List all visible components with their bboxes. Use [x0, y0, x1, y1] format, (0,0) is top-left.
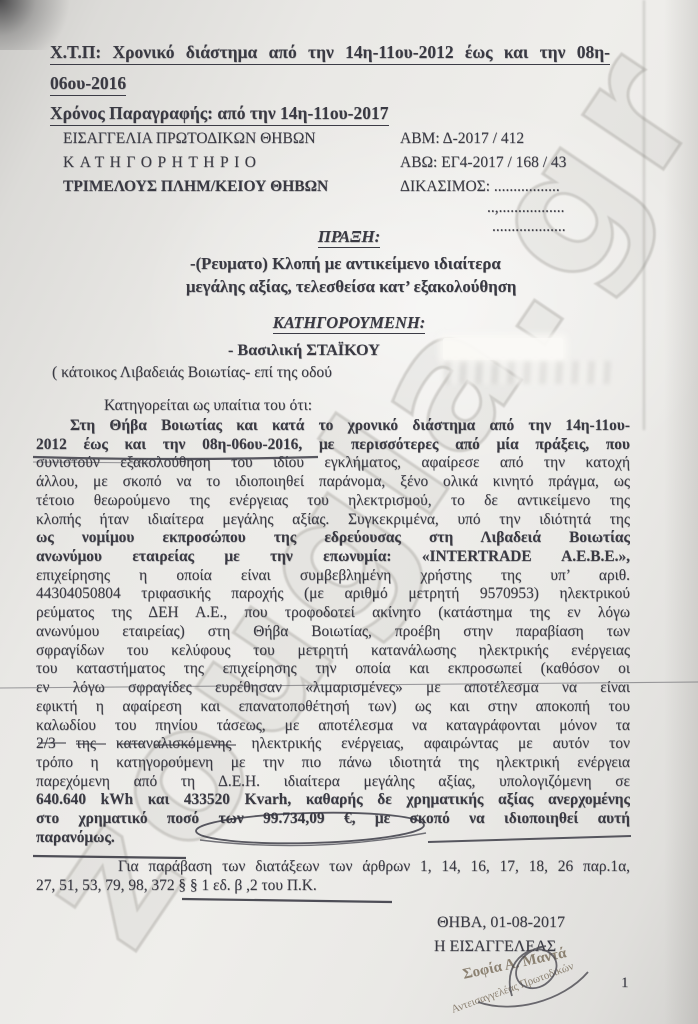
agency-name: ΕΙΣΑΓΓΕΛΙΑ ΠΡΩΤΟΔΙΚΩΝ ΘΗΒΩΝ	[63, 130, 316, 148]
page-number: 1	[621, 975, 629, 992]
charge-body-line: 44304050804 τριφασικής παροχής (με αριθμ…	[36, 585, 630, 604]
charge-body-line: επιχείρησης η οποία είναι συμβεβλημένη χ…	[36, 567, 630, 586]
charge-body-line: 2/3 της καταναλισκόμενης ηλεκτρικής ενέρ…	[36, 735, 630, 754]
ref-abm: ΑΒΜ: Δ-2017 / 412	[400, 130, 524, 148]
accused-name: - Βασιλική ΣΤΑΪΚΟΥ	[228, 341, 380, 360]
charge-body-line: παρανόμως.	[36, 829, 630, 848]
charge-body-line: ως νομίμου εκπροσώπου της εδρεύουσας στη…	[36, 529, 630, 548]
articles-line1: Για παράβαση των διατάξεων των άρθρων 1,…	[36, 858, 630, 877]
charge-intro: Κατηγορείται ως υπαίτια του ότι:	[104, 397, 312, 415]
ref-dotted-line: ..,.................	[487, 199, 565, 217]
charge-body-line: σφραγίδων του κελύφους του μετρητή καταν…	[36, 642, 630, 661]
act-heading: ΠΡΑΞΗ:	[318, 227, 381, 248]
charge-body-line: τρόπο η κατηγορούμενη με την πιο πάνω ιδ…	[36, 754, 630, 773]
act-heading-row: ΠΡΑΞΗ:	[0, 227, 698, 247]
accused-heading-row: ΚΑΤΗΓΟΡΟΥΜΕΝΗ:	[0, 313, 698, 333]
place-date: ΘΗΒΑ, 01-08-2017	[437, 914, 565, 932]
charge-body-line: 2012 έως και την 08η-06ου-2016, με περισ…	[36, 436, 630, 455]
charge-body-line: ρεύματος της ΔΕΗ Α.Ε., που τροφοδοτεί ακ…	[36, 604, 630, 623]
ref-hearing-date: ΔΙΚΑΣΙΜΟΣ: .................	[400, 178, 560, 196]
header-period-line2: 06ου-2016	[50, 73, 126, 96]
act-line2: μεγάλης αξίας, τελεσθείσα κατ’ εξακολούθ…	[186, 277, 516, 297]
charge-body-line: κλοπής ήταν ιδιαίτερα μεγάλης αξίας. Συγ…	[36, 511, 630, 530]
articles-line2: 27, 51, 53, 79, 98, 372 § § 1 εδ. β ,2 τ…	[36, 877, 630, 896]
charge-body-line: συνιστούν εξακολούθηση του ιδίου εγκλήμα…	[36, 454, 630, 473]
document-page: zougla.gr Χ.Τ.Π: Χρονικό διάστημα από τη…	[0, 0, 698, 1024]
charge-body-line: άλλου, με σκοπό να το ιδιοποιηθεί παράνο…	[36, 473, 630, 492]
accused-heading: ΚΑΤΗΓΟΡΟΥΜΕΝΗ:	[273, 313, 426, 334]
redaction-box-name	[443, 338, 563, 360]
document-type: ΚΑΤΗΓΟΡΗΤΗΡΙΟ	[63, 154, 261, 172]
charge-body: Στη Θήβα Βοιωτίας και κατά το χρονικό δι…	[36, 417, 630, 848]
charge-body-line: τέτοιο θεωρούμενο της ενέργειας του ηλεκ…	[36, 492, 630, 511]
charge-body-line: του καταστήματος της επιχείρησης την οπο…	[36, 660, 630, 679]
charge-body-line: ανωνύμου εταιρείας με την επωνυμία: «INT…	[36, 548, 630, 567]
charge-body-line: εφικτή η αφαίρεση και επανατοποθέτησή τω…	[36, 698, 630, 717]
redaction-box-address	[444, 361, 612, 384]
header-period-line1: Χ.Τ.Π: Χρονικό διάστημα από την 14η-11ου…	[50, 42, 610, 65]
charge-body-line: στο χρηματικό ποσό των 99.734,09 €, με σ…	[36, 810, 630, 829]
act-line1: -(Ρευματο) Κλοπή με αντικείμενο ιδιαίτερ…	[190, 254, 501, 274]
charge-body-line: Στη Θήβα Βοιωτίας και κατά το χρονικό δι…	[36, 417, 630, 436]
accused-address: ( κάτοικος Λιβαδειάς Βοιωτίας- επί της ο…	[52, 364, 332, 382]
charge-body-line: ανωνύμου εταιρείας) στη Θήβα Βοιωτίας, π…	[36, 623, 630, 642]
charge-body-line: 640.640 kWh και 433520 Kvarh, καθαρής δε…	[36, 791, 630, 810]
charge-body-line: παρεχόμενη από τη Δ.Ε.Η. ιδιαίτερα μεγάλ…	[36, 773, 630, 792]
charge-body-line: εν λόγω σφραγίδες ευρέθησαν «λιμαρισμένε…	[36, 679, 630, 698]
charge-body-line: καλωδίου του πηνίου τάσεως, με αποτέλεσμ…	[36, 717, 630, 736]
ref-abo: ΑΒΩ: ΕΓ4-2017 / 168 / 43	[400, 154, 566, 172]
paper-crease	[643, 0, 645, 430]
paper-edge-shade	[664, 0, 698, 1024]
court-name: ΤΡΙΜΕΛΟΥΣ ΠΛΗΜ/ΚΕΙΟΥ ΘΗΒΩΝ	[63, 178, 328, 196]
header-limitation-line: Χρόνος Παραγραφής: από την 14η-11ου-2017	[50, 103, 389, 126]
